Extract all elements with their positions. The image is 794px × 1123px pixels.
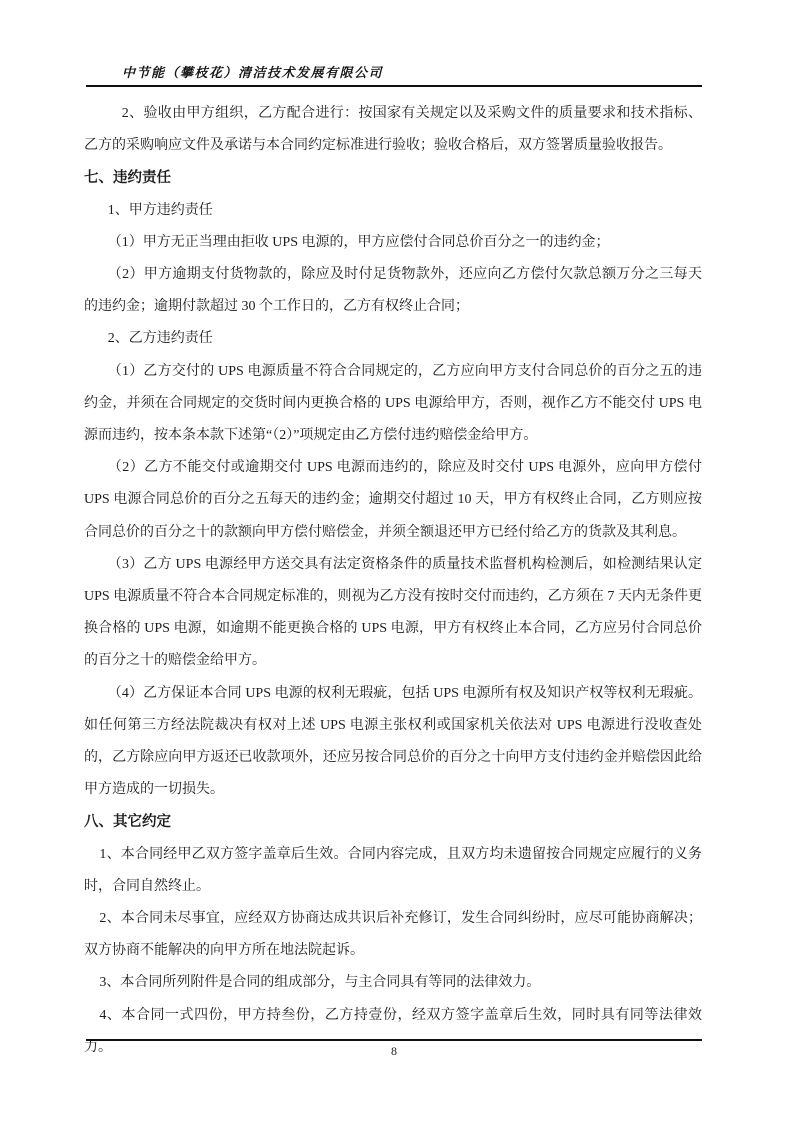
clause-item: （1）甲方无正当理由拒收 UPS 电源的，甲方应偿付合同总价百分之一的违约金；	[84, 227, 702, 259]
clause-subheading: 1、甲方违约责任	[84, 195, 702, 227]
clause-subheading: 2、乙方违约责任	[84, 323, 702, 355]
company-name: 中节能（攀枝花）清洁技术发展有限公司	[122, 62, 702, 81]
clause-item: 3、本合同所列附件是合同的组成部分，与主合同具有等同的法律效力。	[84, 967, 702, 999]
clause-item: （4）乙方保证本合同 UPS 电源的权利无瑕疵，包括 UPS 电源所有权及知识产…	[84, 678, 702, 807]
clause-item: （1）乙方交付的 UPS 电源质量不符合合同规定的，乙方应向甲方支付合同总价的百…	[84, 356, 702, 453]
page-header: 中节能（攀枝花）清洁技术发展有限公司	[86, 62, 702, 87]
clause-paragraph: 2、验收由甲方组织，乙方配合进行：按国家有关规定以及采购文件的质量要求和技术指标…	[84, 98, 702, 162]
clause-item: （3）乙方 UPS 电源经甲方送交具有法定资格条件的质量技术监督机构检测后，如检…	[84, 549, 702, 678]
clause-item: 1、本合同经甲乙双方签字盖章后生效。合同内容完成，且双方均未遗留按合同规定应履行…	[84, 839, 702, 903]
clause-item: 2、本合同未尽事宜，应经双方协商达成共识后补充修订，发生合同纠纷时，应尽可能协商…	[84, 903, 702, 967]
clause-item: （2）乙方不能交付或逾期交付 UPS 电源而违约的，除应及时交付 UPS 电源外…	[84, 452, 702, 549]
contract-document-page: 中节能（攀枝花）清洁技术发展有限公司 2、验收由甲方组织，乙方配合进行：按国家有…	[0, 0, 794, 1123]
page-footer: 8	[86, 1039, 702, 1059]
section-heading: 七、违约责任	[84, 162, 702, 194]
clause-item: （2）甲方逾期支付货物款的，除应及时付足货物款外，还应向乙方偿付欠款总额万分之三…	[84, 259, 702, 323]
page-number: 8	[86, 1041, 702, 1059]
section-heading: 八、其它约定	[84, 806, 702, 838]
document-body: 2、验收由甲方组织，乙方配合进行：按国家有关规定以及采购文件的质量要求和技术指标…	[84, 98, 702, 1064]
